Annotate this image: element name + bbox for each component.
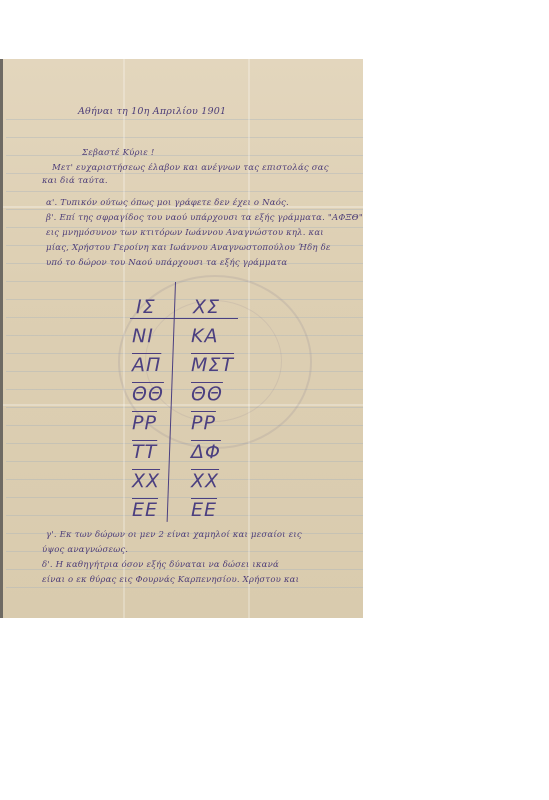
closing-line: γ'. Εκ των δώρων οι μεν 2 είναι χαμηλοί … [46,530,302,540]
ruled-line [6,155,363,156]
table-row: ΝΙ ΚΑ [132,321,242,350]
closing-line: είναι ο εκ θύρας εις Φουρνάς Καρπενησίου… [42,575,299,585]
table-row: ΕΕ ΕΕ [132,495,242,524]
body-line: εις μνημόσυνον των κτιτόρων Ιωάννου Αναγ… [46,228,324,238]
table-row: ΤΤ ΔΦ [132,437,242,466]
ruled-line [6,173,363,174]
table-header-cell: ΧΣ [185,296,242,318]
table-cell: ΡΡ [183,412,242,434]
table-header-row: ΙΣ ΧΣ [132,292,242,321]
cipher-table: ΙΣ ΧΣ ΝΙ ΚΑ ΑΠ ΜΣΤ ΘΘ ΘΘ ΡΡ ΡΡ ΤΤ ΔΦ ΧΧ … [132,292,242,524]
closing-line: ύψος αναγνώσεως. [42,545,128,555]
table-cell: ΜΣΤ [183,354,242,376]
closing-line: δ'. Η καθηγήτρια όσον εξής δύναται να δώ… [42,560,279,570]
table-cell: ΘΘ [183,383,242,405]
table-cell: ΧΧ [132,470,183,492]
ruled-line [6,137,363,138]
body-line: Μετ' ευχαριστήσεως έλαβον και ανέγνων τα… [52,163,329,173]
salutation: Σεβαστέ Κύριε ! [82,148,155,158]
body-line: και διά ταύτα. [42,176,108,186]
table-cell: ΘΘ [132,383,183,405]
body-line: β'. Επί της σφραγίδος του ναού υπάρχουσι… [46,213,363,223]
ruled-line [6,119,363,120]
table-cell: ΤΤ [132,441,183,463]
body-line: μίας, Χρήστου Γεροίνη και Ιωάννου Αναγνω… [46,243,331,253]
body-line: α'. Τυπικόν ούτως όπως μοι γράφετε δεν έ… [46,198,289,208]
table-cell: ΚΑ [183,325,242,347]
table-row: ΡΡ ΡΡ [132,408,242,437]
table-header-cell: ΙΣ [132,296,185,318]
ruled-line [6,209,363,210]
table-cell: ΔΦ [183,441,242,463]
table-cell: ΕΕ [183,499,242,521]
table-row: ΘΘ ΘΘ [132,379,242,408]
table-row: ΧΧ ΧΧ [132,466,242,495]
table-cell: ΝΙ [132,325,183,347]
table-cell: ΑΠ [132,354,183,376]
table-row: ΑΠ ΜΣΤ [132,350,242,379]
ruled-line [6,191,363,192]
table-cell: ΡΡ [132,412,183,434]
table-cell: ΕΕ [132,499,183,521]
table-cell: ΧΧ [183,470,242,492]
ruled-line [6,587,363,588]
body-line: υπό το δώρον του Ναού υπάρχουσι τα εξής … [46,258,287,268]
date-line: Αθήναι τη 10η Απριλίου 1901 [78,106,226,117]
